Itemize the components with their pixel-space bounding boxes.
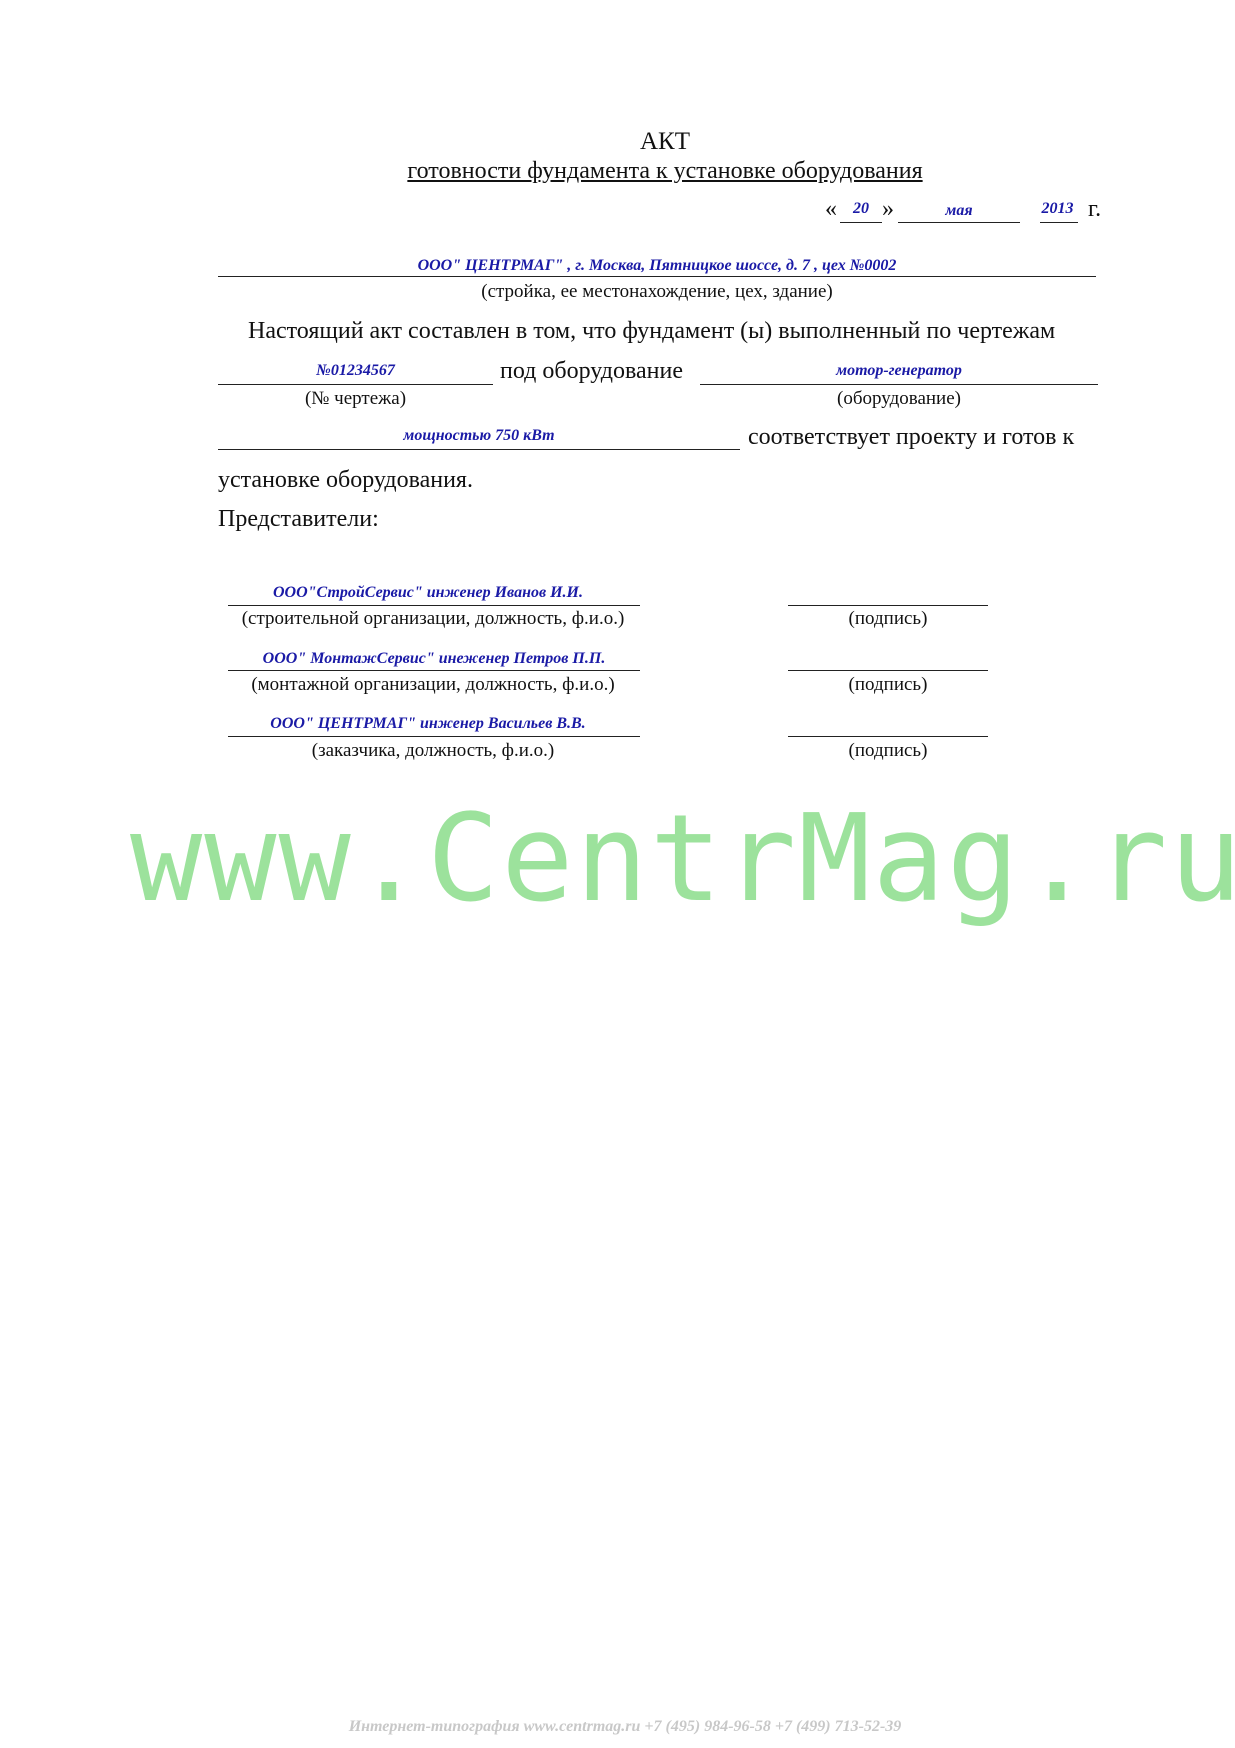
equipment-caption: (оборудование) xyxy=(700,388,1098,410)
drawing-field[interactable]: №01234567 xyxy=(218,362,493,380)
rep-1-field[interactable]: ООО"СтройСервис" инженер Иванов И.И. xyxy=(228,584,628,602)
site-field[interactable]: ООО" ЦЕНТРМАГ" , г. Москва, Пятницкое шо… xyxy=(218,257,1096,275)
drawing-caption: (№ чертежа) xyxy=(218,388,493,410)
document-subtitle: готовности фундамента к установке оборуд… xyxy=(0,158,1235,185)
paragraph-ending: установке оборудования. xyxy=(218,467,473,494)
drawing-line xyxy=(218,384,493,385)
date-year-field[interactable]: 2013 xyxy=(1030,200,1085,218)
rep-1-signature-line[interactable] xyxy=(788,605,988,606)
date-day-field[interactable]: 20 xyxy=(840,200,882,218)
date-year-line xyxy=(1040,222,1078,223)
rep-3-caption: (заказчика, должность, ф.и.о.) xyxy=(208,740,658,762)
under-equipment-text: под оборудование xyxy=(500,358,683,385)
document-title: АКТ xyxy=(0,128,1235,156)
power-field[interactable]: мощностью 750 кВт xyxy=(218,427,740,445)
rep-3-signature-caption: (подпись) xyxy=(788,740,988,762)
watermark: www.CentrMag.ru xyxy=(130,800,1110,920)
rep-1-caption: (строительной организации, должность, ф.… xyxy=(208,608,658,630)
rep-1-line xyxy=(228,605,640,606)
date-year-suffix: г. xyxy=(1088,196,1101,223)
conforms-text: соответствует проекту и готов к xyxy=(748,424,1074,451)
rep-2-field[interactable]: ООО" МонтажСервис" инежeнер Петров П.П. xyxy=(228,650,640,668)
rep-3-line xyxy=(228,736,640,737)
date-month-field[interactable]: мая xyxy=(898,202,1020,220)
rep-2-signature-caption: (подпись) xyxy=(788,674,988,696)
paragraph-intro: Настоящий акт составлен в том, что фунда… xyxy=(248,318,1055,345)
date-month-line xyxy=(898,222,1020,223)
site-caption: (стройка, ее местонахождение, цех, здани… xyxy=(218,281,1096,303)
date-close-quote: » xyxy=(882,196,894,223)
equipment-field[interactable]: мотор-генератор xyxy=(700,362,1098,380)
rep-2-caption: (монтажной организации, должность, ф.и.о… xyxy=(208,674,658,696)
footer-contacts: Интернет-типография www.centrmag.ru +7 (… xyxy=(300,1718,950,1736)
representatives-heading: Представители: xyxy=(218,506,379,533)
site-line xyxy=(218,276,1096,277)
power-line xyxy=(218,449,740,450)
date-day-line xyxy=(840,222,882,223)
rep-2-line xyxy=(228,670,640,671)
rep-3-field[interactable]: ООО" ЦЕНТРМАГ" инженер Васильев В.В. xyxy=(228,715,628,733)
rep-2-signature-line[interactable] xyxy=(788,670,988,671)
equipment-line xyxy=(700,384,1098,385)
rep-3-signature-line[interactable] xyxy=(788,736,988,737)
rep-1-signature-caption: (подпись) xyxy=(788,608,988,630)
date-open-quote: « xyxy=(825,196,837,223)
